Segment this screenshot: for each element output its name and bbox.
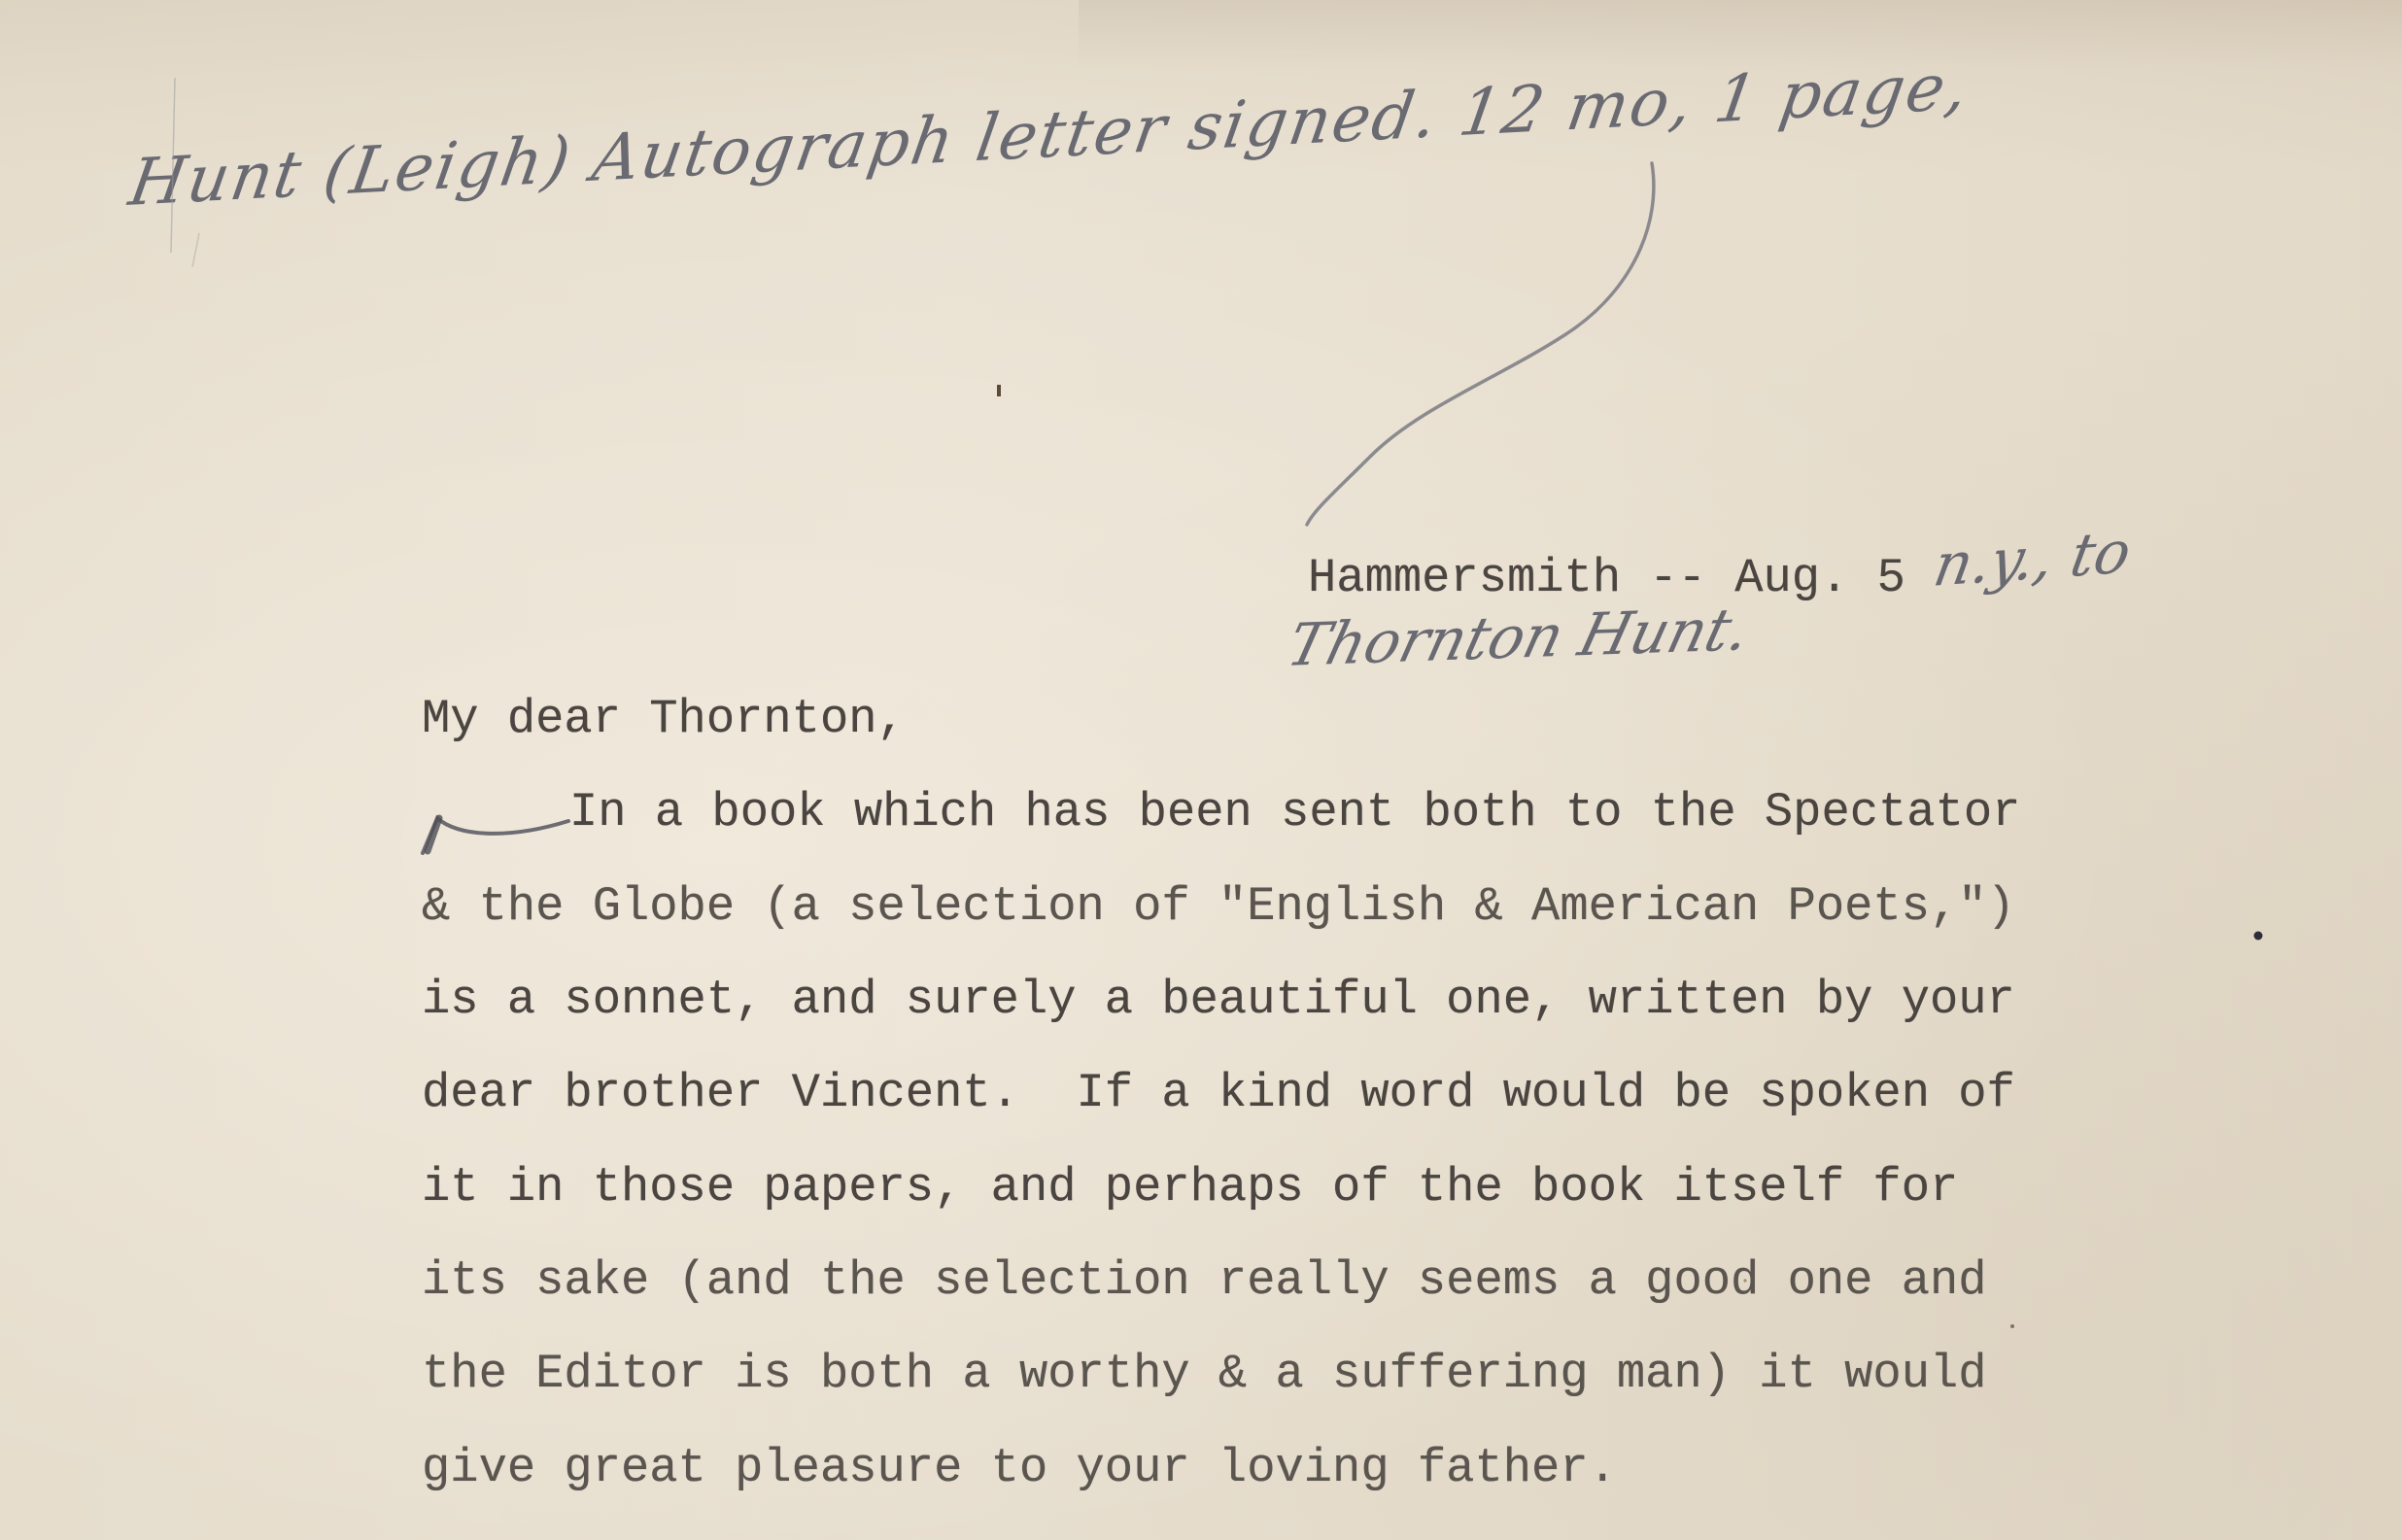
body-line-5: it in those papers, and perhaps of the b…: [422, 1164, 1958, 1212]
salutation: My dear Thornton,: [422, 696, 906, 743]
body-line-4: dear brother Vincent. If a kind word wou…: [422, 1070, 2015, 1117]
body-line-8: give great pleasure to your loving fathe…: [422, 1445, 1617, 1492]
body-line-7: the Editor is both a worthy & a sufferin…: [422, 1351, 1987, 1398]
body-line-3: is a sonnet, and surely a beautiful one,…: [422, 976, 2015, 1024]
place-date-annotation: n.y., to: [1929, 518, 2136, 600]
body-line-6: its sake (and the selection really seems…: [422, 1257, 1987, 1305]
paper-fold-shadow: [1079, 0, 2402, 68]
body-line-2: & the Globe (a selection of "English & A…: [422, 883, 2015, 931]
body-line-1: In a book which has been sent both to th…: [569, 789, 2020, 837]
place-date: Hammersmith -- Aug. 5: [1308, 555, 1905, 602]
paper-background: [0, 0, 2402, 1540]
